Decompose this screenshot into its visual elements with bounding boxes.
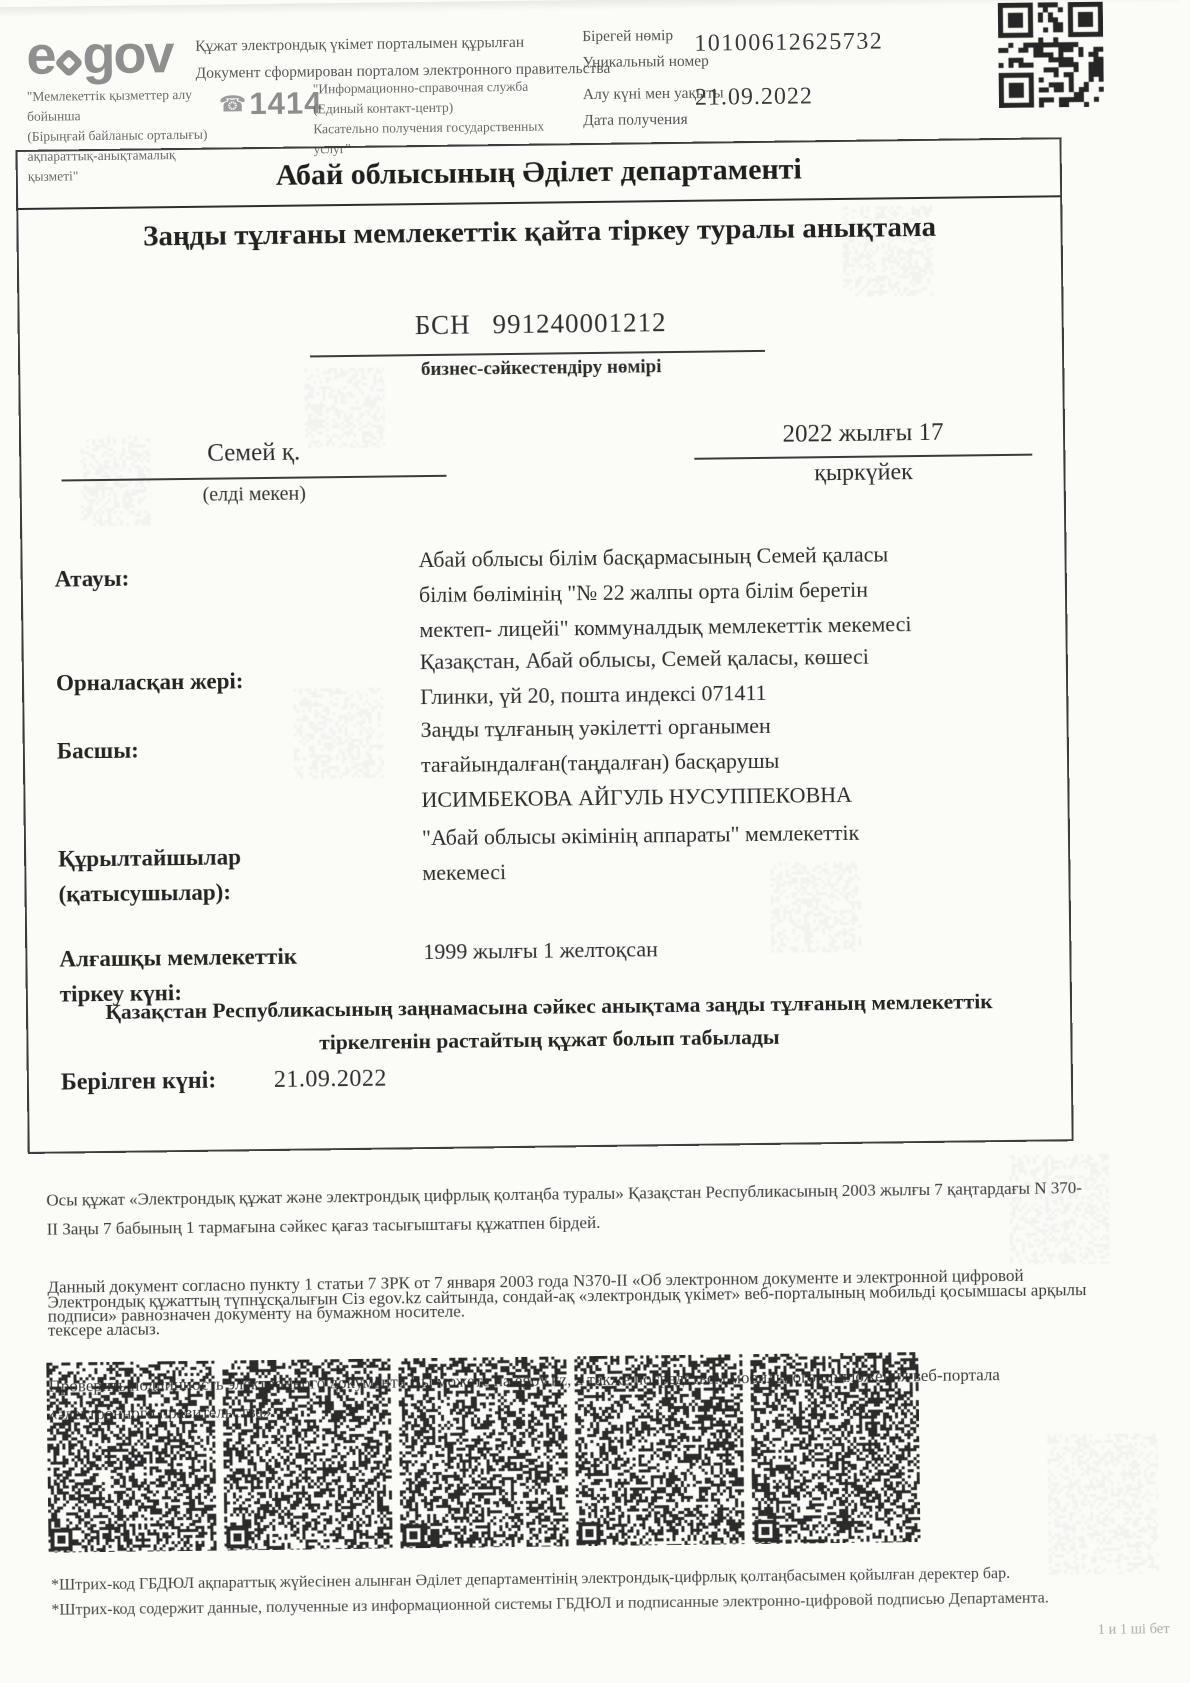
digital-signature-barcode: [46, 1352, 920, 1553]
bsn-value: 991240001212: [492, 307, 666, 339]
certificate-body: Абай облысының Әділет департаменті Заңды…: [16, 137, 1074, 1154]
city-block: Семей қ. (елді мекен): [61, 437, 447, 509]
authority-title: Абай облысының Әділет департаменті: [18, 149, 1060, 196]
egov-logo-text-e: e: [26, 25, 55, 87]
legal-statement: Қазақстан Республикасының заңнамасына сә…: [59, 985, 1040, 1063]
issue-date-line1: 2022 жылғы 17: [694, 418, 1032, 460]
document-title: Заңды тұлғаны мемлекеттік қайта тіркеу т…: [139, 205, 939, 259]
egov-logo-diamond-icon: [54, 48, 84, 78]
field-label-founders: Құрылтайшылар (қатысушылар):: [58, 839, 242, 911]
field-value-founders: "Абай облысы әкімінің аппараты" мемлекет…: [422, 812, 1063, 890]
unique-number-label-kz: Бірегей нөмір: [582, 23, 709, 51]
issued-date-value: 21.09.2022: [274, 1066, 387, 1094]
unique-number-value: 10100612625732: [694, 28, 883, 57]
city-name: Семей қ.: [61, 437, 446, 482]
contact-phone-number: 1414: [249, 85, 322, 122]
contact-phone: ☎ 1414: [219, 85, 323, 122]
bsn-row: БСН991240001212: [20, 302, 1062, 346]
field-value-location: Қазақстан, Абай облысы, Семей қаласы, кө…: [420, 636, 1061, 714]
field-value-head: Заңды тұлғаның уәкілетті органымен тағай…: [420, 704, 1061, 817]
unique-number-label-ru: Уникальный номер: [582, 49, 709, 77]
issue-date-block: 2022 жылғы 17 қыркүйек: [694, 418, 1033, 489]
field-label-name: Атауы:: [55, 561, 130, 597]
egov-logo-text-gov: gov: [82, 23, 173, 86]
scanned-document-sheet: egov Құжат электрондық үкімет порталымен…: [0, 0, 1190, 1683]
egov-logo: egov: [26, 23, 173, 87]
field-value-first-registration: 1999 жылғы 1 желтоқсан: [423, 926, 1063, 969]
field-value-name: Абай облысы білім басқармасының Семей қа…: [418, 534, 1059, 647]
legal-footnote-kz: Осы құжат «Электрондық құжат және электр…: [46, 1172, 1167, 1244]
field-label-location: Орналасқан жері:: [56, 663, 244, 700]
field-label-head: Басшы:: [57, 733, 139, 769]
bsn-caption: бизнес-сәйкестендіру нөмірі: [20, 351, 1062, 386]
issue-date-line2: қыркүйек: [694, 456, 1032, 489]
page-number: 1 и 1 ші бет: [1098, 1621, 1170, 1639]
receive-date-value: 21.09.2022: [695, 83, 813, 111]
verification-note-kz: Электрондық құжаттың түпнұсқалығын Сіз e…: [47, 1275, 1168, 1345]
bsn-label: БСН: [415, 309, 471, 340]
unique-number-labels: Бірегей нөмір Уникальный номер: [582, 23, 709, 77]
phone-icon: ☎: [219, 91, 247, 117]
issued-date-label: Берілген күні:: [61, 1068, 217, 1097]
qr-code: [998, 2, 1104, 108]
city-caption: (елді мекен): [62, 477, 447, 509]
barcode-footnotes: *Штрих-код ГБДЮЛ ақпараттық жүйесінен ал…: [51, 1559, 1162, 1623]
watermark-ghost: [1047, 1433, 1159, 1574]
